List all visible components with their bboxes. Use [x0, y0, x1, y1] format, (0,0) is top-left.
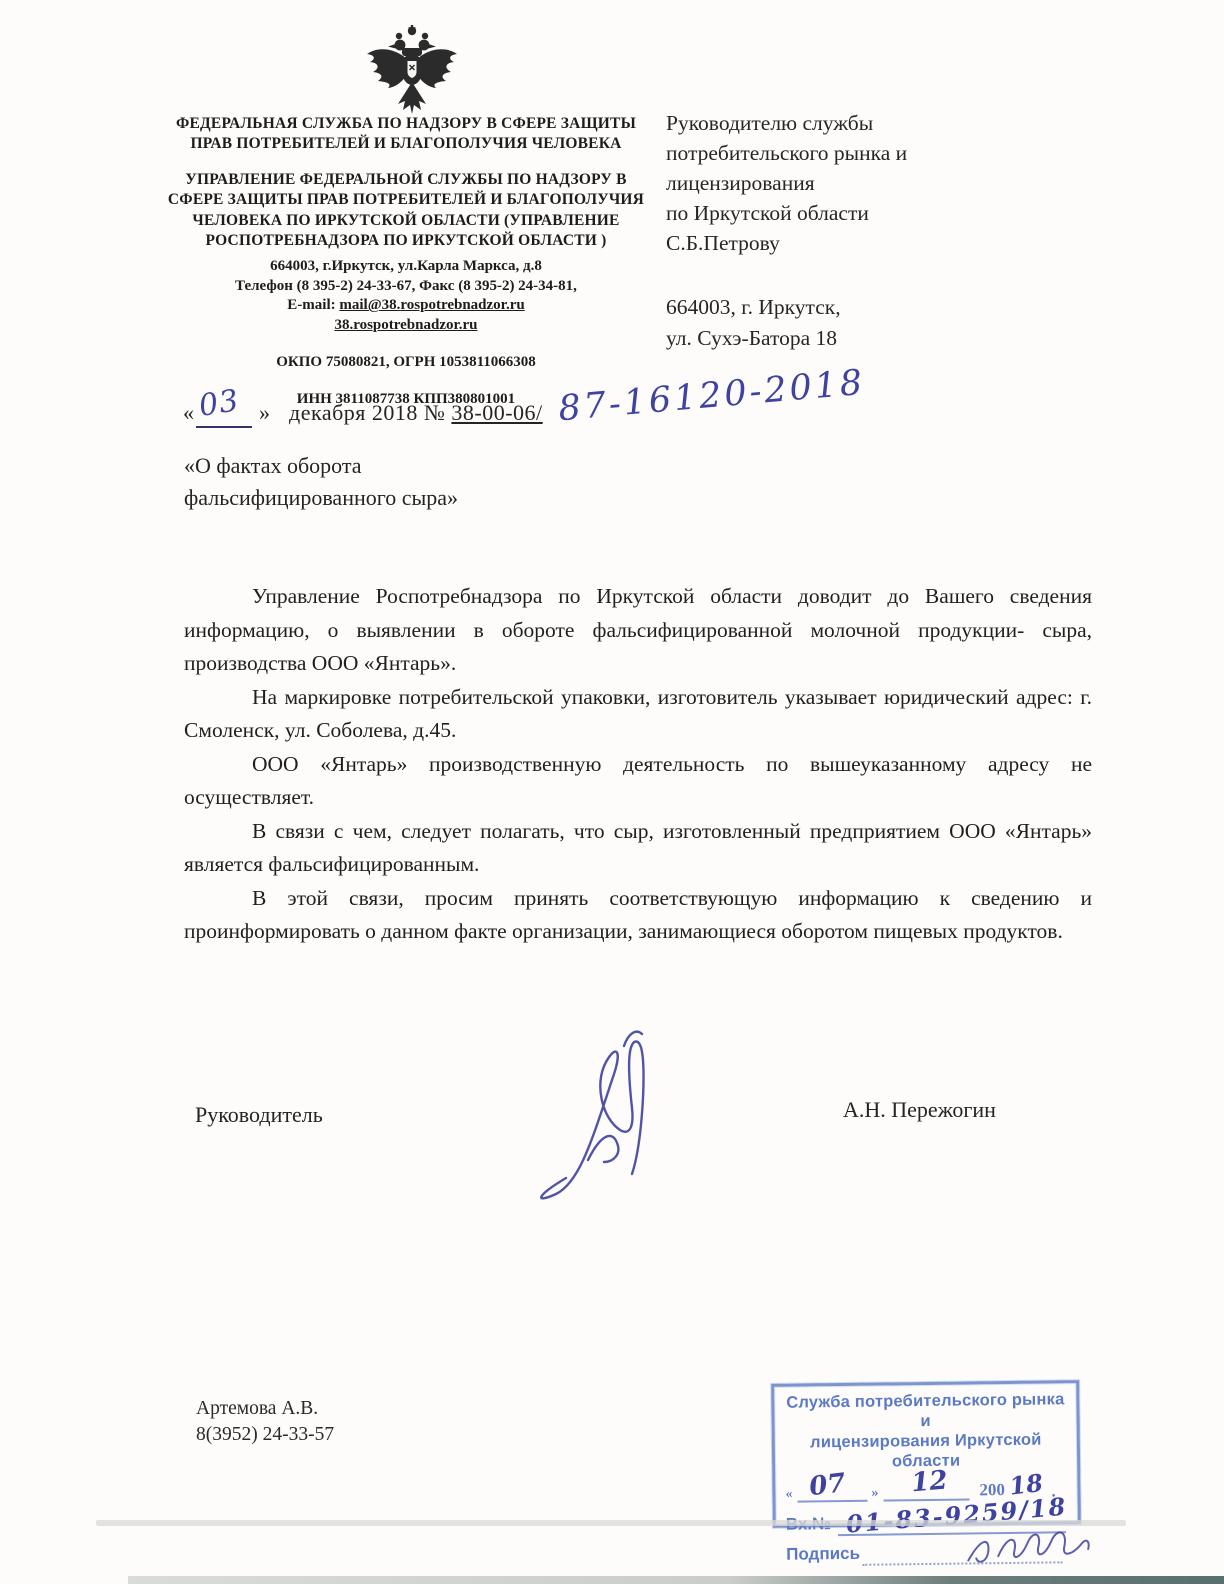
recipient-name: С.Б.Петрову [666, 228, 1096, 258]
stamp-signature-row: Подпись [784, 1539, 1070, 1572]
email-label: E-mail: [287, 297, 339, 313]
subject-line: фальсифицированного сыра» [184, 482, 644, 514]
sender-email-line: E-mail: mail@38.rospotrebnadzor.ru [160, 296, 652, 316]
signer-title: Руководитель [195, 1102, 323, 1128]
handwritten-signature [528, 1012, 738, 1202]
federal-service-name: ФЕДЕРАЛЬНАЯ СЛУЖБА ПО НАДЗОРУ В СФЕРЕ ЗА… [160, 114, 652, 154]
body-paragraph: В этой связи, просим принять соответству… [184, 882, 1092, 949]
sender-email: mail@38.rospotrebnadzor.ru [339, 297, 524, 313]
regional-office-name: УПРАВЛЕНИЕ ФЕДЕРАЛЬНОЙ СЛУЖБЫ ПО НАДЗОРУ… [160, 170, 652, 251]
sender-address: 664003, г.Иркутск, ул.Карла Маркса, д.8 [160, 257, 652, 277]
executor-name: Артемова А.В. [196, 1396, 334, 1422]
sender-phone-fax: Телефон (8 395-2) 24-33-67, Факс (8 395-… [160, 277, 652, 297]
recipient-line: Руководителю службы [666, 108, 1096, 138]
signer-name: А.Н. Пережогин [843, 1097, 996, 1123]
body-paragraph: На маркировке потребительской упаковки, … [184, 681, 1092, 748]
recipient-block: Руководителю службы потребительского рын… [666, 108, 1096, 353]
printed-date-number: декабря 2018 № 38-00-06/ [289, 400, 543, 426]
stamp-signature-label: Подпись [786, 1543, 860, 1564]
stamp-close-quote: » [871, 1485, 878, 1501]
stamp-handwritten-signature [964, 1524, 1095, 1570]
letter-body: Управление Роспотребнадзора по Иркутской… [184, 580, 1092, 949]
open-quote: « [183, 400, 194, 426]
scan-artifact-bottom-edge [128, 1576, 1224, 1584]
stamp-handwritten-day: 07 [808, 1468, 847, 1502]
handwritten-day: 03 [197, 383, 242, 424]
sender-website-line: 38.rospotrebnadzor.ru [160, 316, 652, 336]
scan-artifact-line [96, 1520, 1126, 1526]
recipient-address-line: ул. Сухэ-Батора 18 [666, 323, 1096, 353]
recipient-line: лицензирования [666, 168, 1096, 198]
outgoing-number-prefix: 38-00-06/ [451, 400, 542, 425]
recipient-line: потребительского рынка и [666, 138, 1096, 168]
stamp-open-quote: « [785, 1486, 792, 1502]
body-paragraph: В связи с чем, следует полагать, что сыр… [184, 815, 1092, 882]
scanned-letter-page: ФЕДЕРАЛЬНАЯ СЛУЖБА ПО НАДЗОРУ В СФЕРЕ ЗА… [0, 0, 1224, 1584]
executor-block: Артемова А.В. 8(3952) 24-33-57 [196, 1396, 334, 1449]
stamp-org-line: Служба потребительского рынка и [782, 1389, 1068, 1433]
sender-letterhead: ФЕДЕРАЛЬНАЯ СЛУЖБА ПО НАДЗОРУ В СФЕРЕ ЗА… [160, 114, 652, 410]
date-number-line: « 03 » декабря 2018 № 38-00-06/ 87-16120… [183, 392, 1103, 444]
recipient-address-line: 664003, г. Иркутск, [666, 292, 1096, 322]
subject-line: «О фактах оборота [184, 450, 644, 482]
month-year-text: декабря 2018 № [289, 400, 451, 425]
day-underline [196, 426, 252, 428]
stamp-handwritten-month: 12 [910, 1465, 949, 1498]
sender-website: 38.rospotrebnadzor.ru [334, 317, 477, 333]
executor-phone: 8(3952) 24-33-57 [196, 1422, 334, 1448]
body-paragraph: ООО «Янтарь» производственную деятельнос… [184, 748, 1092, 815]
russia-coat-of-arms-icon [362, 24, 462, 116]
body-paragraph: Управление Роспотребнадзора по Иркутской… [184, 580, 1092, 681]
sender-okpo-ogrn: ОКПО 75080821, ОГРН 1053811066308 [160, 353, 652, 373]
incoming-registration-stamp: Служба потребительского рынка и лицензир… [771, 1380, 1081, 1528]
recipient-line: по Иркутской области [666, 198, 1096, 228]
close-quote: » [259, 400, 270, 426]
subject-block: «О фактах оборота фальсифицированного сы… [184, 450, 644, 514]
